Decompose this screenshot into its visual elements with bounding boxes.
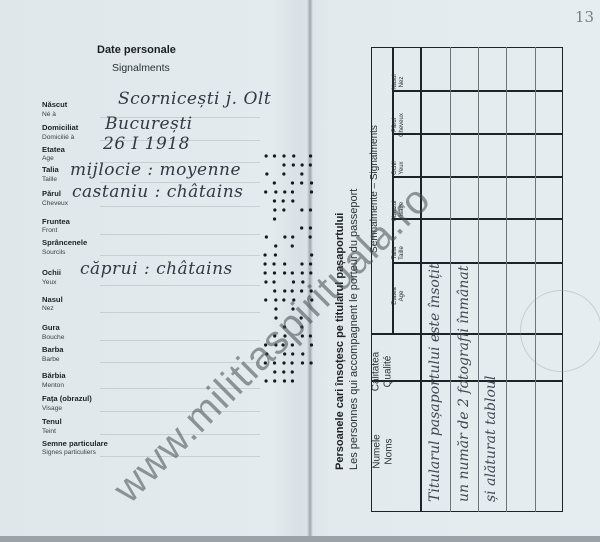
column-header-ro: Obrazul — [392, 191, 399, 231]
handwritten-line: Titularul pașaportului este însoțit — [427, 263, 443, 502]
field-label-fr: Visage — [42, 406, 92, 413]
field-label-ro: Fruntea — [42, 218, 70, 226]
perforation-pattern — [262, 150, 322, 390]
field-label: GuraBouche — [42, 324, 64, 341]
field-label-ro: Bărbia — [42, 372, 66, 380]
column-header-fr: Noms — [383, 407, 395, 497]
field-label-fr: Yeux — [42, 280, 61, 287]
group-header: Semnalmente – Signalments — [369, 119, 389, 259]
section-subtitle: Signalments — [112, 62, 170, 74]
field-label: DomiciliatDomicilié à — [42, 124, 78, 141]
column-header: PărulCheveux — [392, 105, 420, 145]
column-header-ro: Numele — [372, 407, 384, 497]
field-label-ro: Nasul — [42, 296, 63, 304]
column-header: OchiiYeux — [392, 148, 420, 188]
field-label: BarbaBarbe — [42, 346, 64, 363]
column-header: CalitateaQualité — [371, 346, 420, 398]
handwritten-line: și alăturat tabloul — [483, 376, 499, 502]
column-header-fr: Yeux — [399, 148, 406, 188]
column-header-ro: Ochii — [392, 148, 399, 188]
field-label-ro: Semne particulare — [42, 440, 108, 448]
field-label: TenulTeint — [42, 418, 62, 435]
field-label-fr: Cheveux — [42, 201, 68, 208]
writing-line — [450, 47, 451, 512]
field-line — [100, 312, 260, 313]
handwritten-line: un număr de 2 fotografii înmânat — [456, 266, 472, 502]
field-label: NăscutNé à — [42, 101, 67, 118]
column-header: NasulNez — [392, 62, 420, 102]
column-header: NumeleNoms — [372, 407, 421, 497]
field-label-ro: Talia — [42, 166, 59, 174]
field-line — [100, 255, 260, 256]
field-line — [100, 234, 260, 235]
field-label-fr: Sourcils — [42, 250, 87, 257]
field-line — [100, 340, 260, 341]
field-label-ro: Ochii — [42, 269, 61, 277]
field-label-fr: Taille — [42, 177, 59, 184]
field-value: 26 I 1918 — [103, 134, 190, 154]
field-value: căprui : châtains — [80, 259, 233, 279]
group-header-text: Semnalmente – Signalments — [369, 119, 381, 259]
writing-line — [535, 47, 536, 512]
column-header-fr: Qualité — [382, 346, 394, 398]
companions-table: Semnalmente – Signalments NumeleNomsCali… — [371, 47, 563, 512]
column-header-ro: Talia — [392, 233, 399, 273]
field-label-fr: Age — [42, 156, 65, 163]
field-label-fr: Bouche — [42, 335, 64, 342]
column-header: TaliaTaille — [392, 233, 420, 273]
companions-header: Persoanele cari însoțesc pe titularul pa… — [334, 189, 362, 470]
field-label-fr: Teint — [42, 429, 62, 436]
column-header-ro: Calitatea — [371, 346, 383, 398]
field-label: FrunteaFront — [42, 218, 70, 235]
field-label: Fața (obrazul)Visage — [42, 395, 92, 412]
field-value: castaniu : châtains — [72, 182, 243, 202]
field-line — [100, 285, 260, 286]
field-label: EtateaAge — [42, 146, 65, 163]
field-label: NasulNez — [42, 296, 63, 313]
field-label-fr: Signes particuliers — [42, 450, 108, 457]
field-label-ro: Fața (obrazul) — [42, 395, 92, 403]
column-header-fr: Age — [399, 276, 406, 316]
field-line — [100, 456, 260, 457]
field-label-fr: Menton — [42, 383, 66, 390]
writing-line — [478, 47, 479, 512]
field-line — [100, 362, 260, 363]
field-label: Semne particulareSignes particuliers — [42, 440, 108, 457]
field-label: TaliaTaille — [42, 166, 59, 183]
field-value: București — [105, 114, 193, 134]
field-label-fr: Né à — [42, 112, 67, 119]
scan-edge — [0, 536, 600, 542]
field-label: BărbiaMenton — [42, 372, 66, 389]
field-label-ro: Părul — [42, 190, 68, 198]
field-label-ro: Barba — [42, 346, 64, 354]
column-header: ObrazulVisage — [392, 191, 420, 231]
field-label: OchiiYeux — [42, 269, 61, 286]
column-header-ro: Etatea — [392, 276, 399, 316]
field-label-fr: Domicilié à — [42, 135, 78, 142]
field-label-ro: Tenul — [42, 418, 62, 426]
companions-header-ro: Persoanele cari însoțesc pe titularul pa… — [334, 189, 348, 470]
field-label-ro: Născut — [42, 101, 67, 109]
field-label-fr: Nez — [42, 306, 63, 313]
field-line — [100, 206, 260, 207]
field-value: mijlocie : moyenne — [70, 160, 241, 180]
companions-header-fr: Les personnes qui accompagnent le porteu… — [348, 189, 362, 470]
column-header: EtateaAge — [392, 276, 420, 316]
page-number: 13 — [575, 8, 594, 26]
field-label-ro: Domiciliat — [42, 124, 78, 132]
column-header-fr: Taille — [399, 233, 406, 273]
field-line — [100, 388, 260, 389]
faded-stamp — [520, 290, 600, 372]
column-header-ro: Nasul — [392, 62, 399, 102]
field-label-ro: Sprâncenele — [42, 239, 87, 247]
field-line — [100, 434, 260, 435]
column-header-fr: Cheveux — [399, 105, 406, 145]
field-value: Scornicești j. Olt — [118, 89, 271, 109]
passport-page-scan: 13 Date personale Signalments NăscutNé à… — [0, 0, 600, 536]
field-label: PărulCheveux — [42, 190, 68, 207]
field-label-ro: Etatea — [42, 146, 65, 154]
section-title: Date personale — [97, 44, 176, 56]
field-label-fr: Front — [42, 228, 70, 235]
writing-line — [506, 47, 507, 512]
column-header-ro: Părul — [392, 105, 399, 145]
column-header-fr: Nez — [399, 62, 406, 102]
field-label: SprânceneleSourcils — [42, 239, 87, 256]
column-header-fr: Visage — [399, 191, 406, 231]
field-label-fr: Barbe — [42, 357, 64, 364]
field-label-ro: Gura — [42, 324, 64, 332]
field-line — [100, 411, 260, 412]
